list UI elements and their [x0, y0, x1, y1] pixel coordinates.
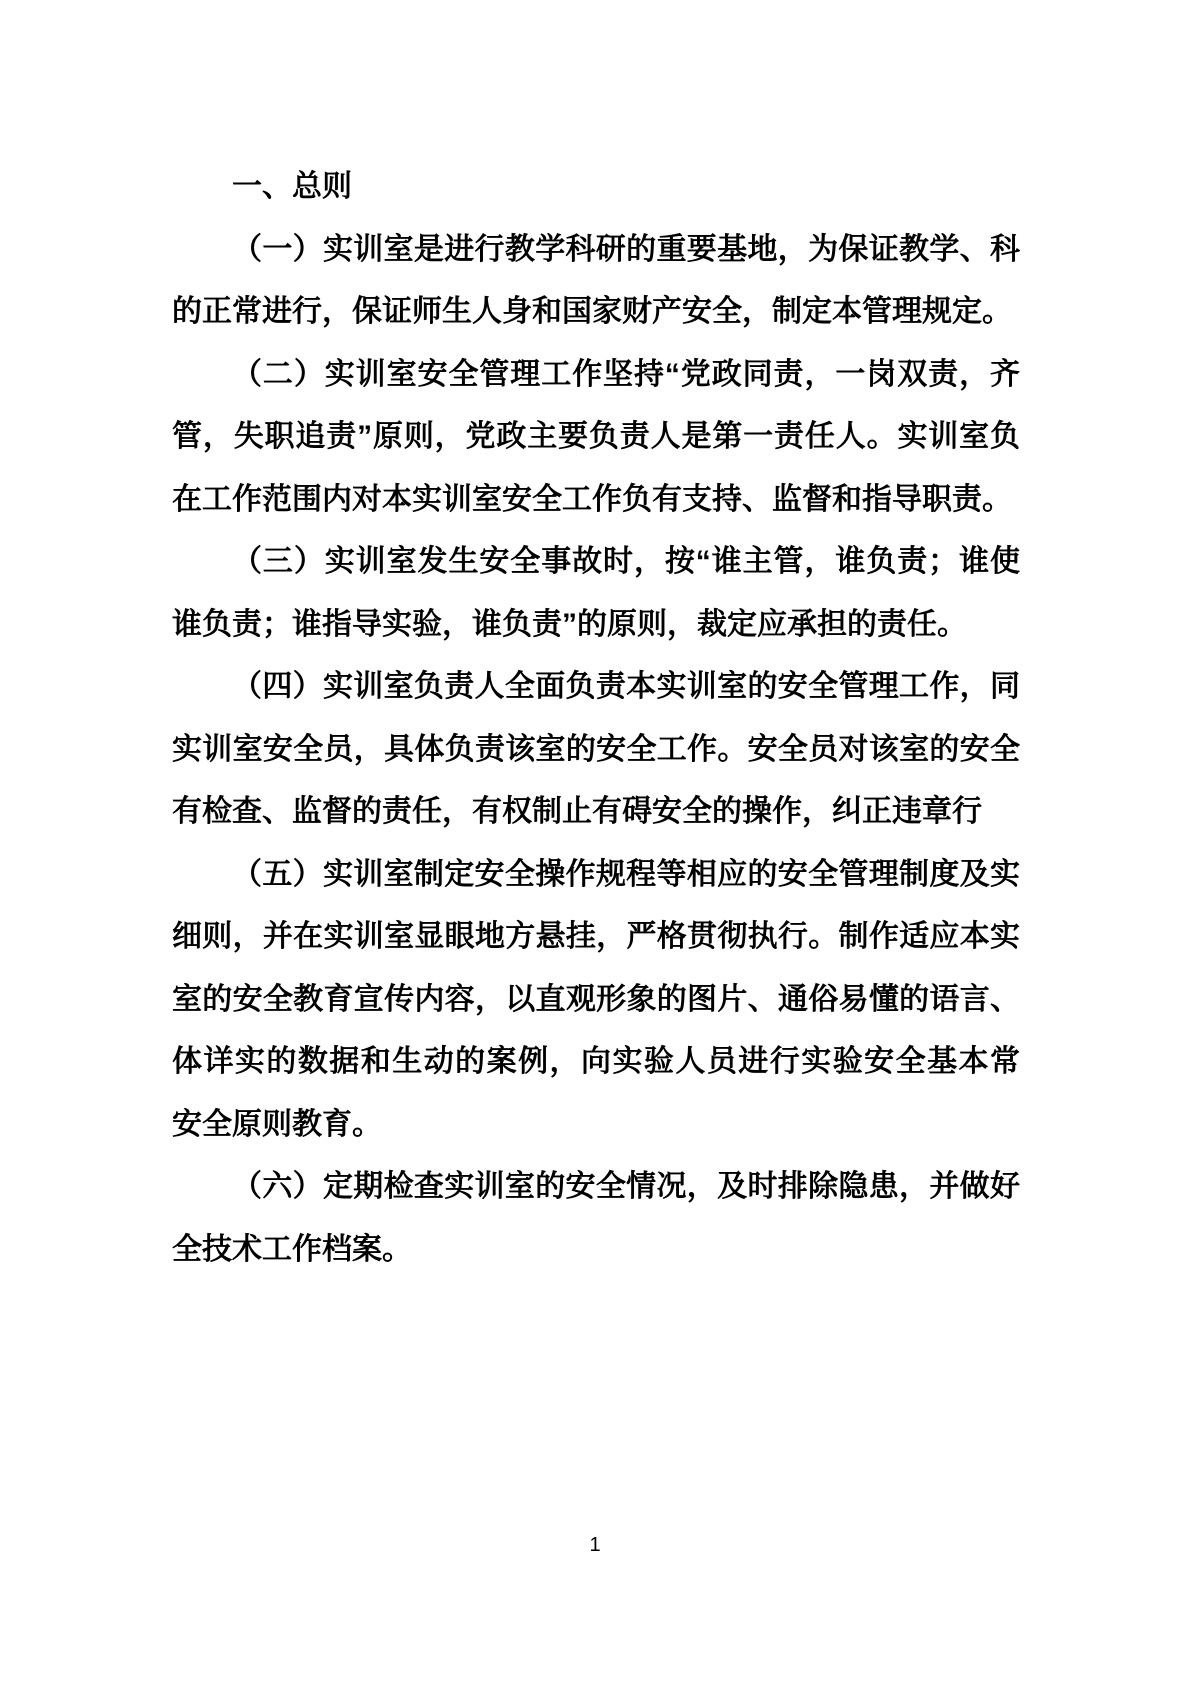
text-line: 在工作范围内对本实训室安全工作负有支持、监督和指导职责。	[172, 469, 1020, 532]
text-line: （三）实训室发生安全事故时，按“谁主管，谁负责；谁使用，	[172, 531, 1020, 594]
document-body: 一、总则（一）实训室是进行教学科研的重要基地，为保证教学、科研的正常进行，保证师…	[172, 156, 1020, 1281]
page-number: 1	[0, 1532, 1190, 1558]
text-line: （六）定期检查实训室的安全情况，及时排除隐患，并做好安	[172, 1156, 1020, 1219]
text-line: 室的安全教育宣传内容，以直观形象的图片、通俗易懂的语言、具	[172, 969, 1020, 1032]
text-line: （一）实训室是进行教学科研的重要基地，为保证教学、科研	[172, 219, 1020, 282]
text-line: （五）实训室制定安全操作规程等相应的安全管理制度及实施	[172, 844, 1020, 907]
text-line: 安全原则教育。	[172, 1094, 1020, 1157]
section-heading: 一、总则	[172, 156, 1020, 219]
text-line: 全技术工作档案。	[172, 1219, 1020, 1282]
text-line: 有检查、监督的责任，有权制止有碍安全的操作，纠正违章行为。	[172, 781, 1020, 844]
text-line: 细则，并在实训室显眼地方悬挂，严格贯彻执行。制作适应本实训	[172, 906, 1020, 969]
text-line: （四）实训室负责人全面负责本实训室的安全管理工作，同时	[172, 656, 1020, 719]
document-page: 一、总则（一）实训室是进行教学科研的重要基地，为保证教学、科研的正常进行，保证师…	[0, 0, 1190, 1683]
text-line: 管，失职追责”原则，党政主要负责人是第一责任人。实训室负责人	[172, 406, 1020, 469]
text-line: （二）实训室安全管理工作坚持“党政同责，一岗双责，齐抓共	[172, 344, 1020, 407]
text-line: 的正常进行，保证师生人身和国家财产安全，制定本管理规定。	[172, 281, 1020, 344]
text-line: 实训室安全员，具体负责该室的安全工作。安全员对该室的安全负	[172, 719, 1020, 782]
text-line: 体详实的数据和生动的案例，向实验人员进行实验安全基本常识、	[172, 1031, 1020, 1094]
text-line: 谁负责；谁指导实验，谁负责”的原则，裁定应承担的责任。	[172, 594, 1020, 657]
